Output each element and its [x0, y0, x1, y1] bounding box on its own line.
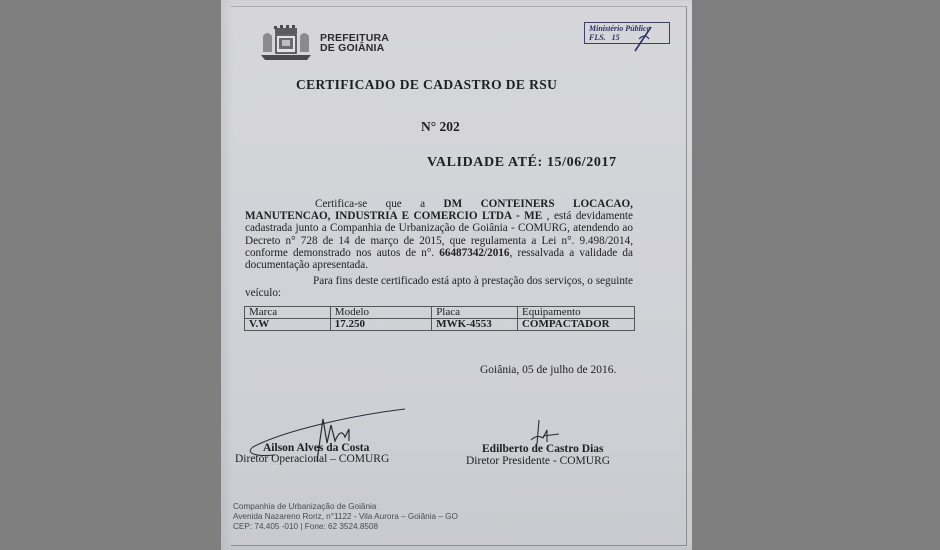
cell-placa: MWK-4553	[432, 319, 518, 331]
header-equipamento: Equipamento	[517, 307, 634, 319]
validity-date: VALIDADE ATÉ: 15/06/2017	[427, 155, 617, 171]
header-modelo: Modelo	[330, 307, 431, 319]
cell-modelo: 17.250	[330, 319, 431, 331]
coat-of-arms-icon	[255, 24, 317, 64]
process-number: 66487342/2016	[439, 247, 509, 259]
place-date: Goiânia, 05 de julho de 2016.	[480, 364, 616, 376]
footer-address: Companhia de Urbanização de Goiânia Aven…	[233, 502, 458, 532]
vehicle-table: Marca Modelo Placa Equipamento V.W 17.25…	[244, 306, 635, 331]
table-header-row: Marca Modelo Placa Equipamento	[245, 307, 635, 319]
header-placa: Placa	[432, 307, 518, 319]
stamp-fls-value: 15	[612, 33, 620, 42]
footer-street: Avenida Nazareno Roriz, n°1122 - Vila Au…	[233, 512, 458, 522]
stamp-rubric-icon	[631, 25, 653, 53]
cell-marca: V.W	[245, 319, 331, 331]
certification-paragraph: Certifica-se que a DM CONTEINERS LOCACAO…	[245, 198, 633, 271]
footer-company: Companhia de Urbanização de Goiânia	[233, 502, 458, 512]
ministerio-publico-stamp: Ministério Público FLS. 15	[584, 22, 670, 44]
paragraph-intro: Certifica-se que a	[315, 198, 444, 210]
stamp-line1: Ministério Público	[589, 24, 665, 33]
footer-contact: CEP: 74.405 -010 | Fone: 62 3524.8508	[233, 522, 458, 532]
signatory-2-role: Diretor Presidente - COMURG	[466, 455, 610, 467]
table-row: V.W 17.250 MWK-4553 COMPACTADOR	[245, 319, 635, 331]
vehicle-paragraph-text: Para fins deste certificado está apto à …	[245, 275, 633, 299]
certificate-number: N° 202	[421, 119, 460, 135]
signatory-2-name: Edilberto de Castro Dias	[482, 443, 604, 455]
cell-equipamento: COMPACTADOR	[517, 319, 634, 331]
header-marca: Marca	[245, 307, 331, 319]
institution-line2: DE GOIÂNIA	[320, 43, 389, 53]
institution-name: PREFEITURA DE GOIÂNIA	[320, 33, 389, 53]
document-title: CERTIFICADO DE CADASTRO DE RSU	[296, 77, 557, 93]
stamp-fls-label: FLS.	[589, 33, 606, 42]
vehicle-paragraph: Para fins deste certificado está apto à …	[245, 275, 633, 299]
signatory-1-role: Diretor Operacional – COMURG	[235, 453, 389, 465]
